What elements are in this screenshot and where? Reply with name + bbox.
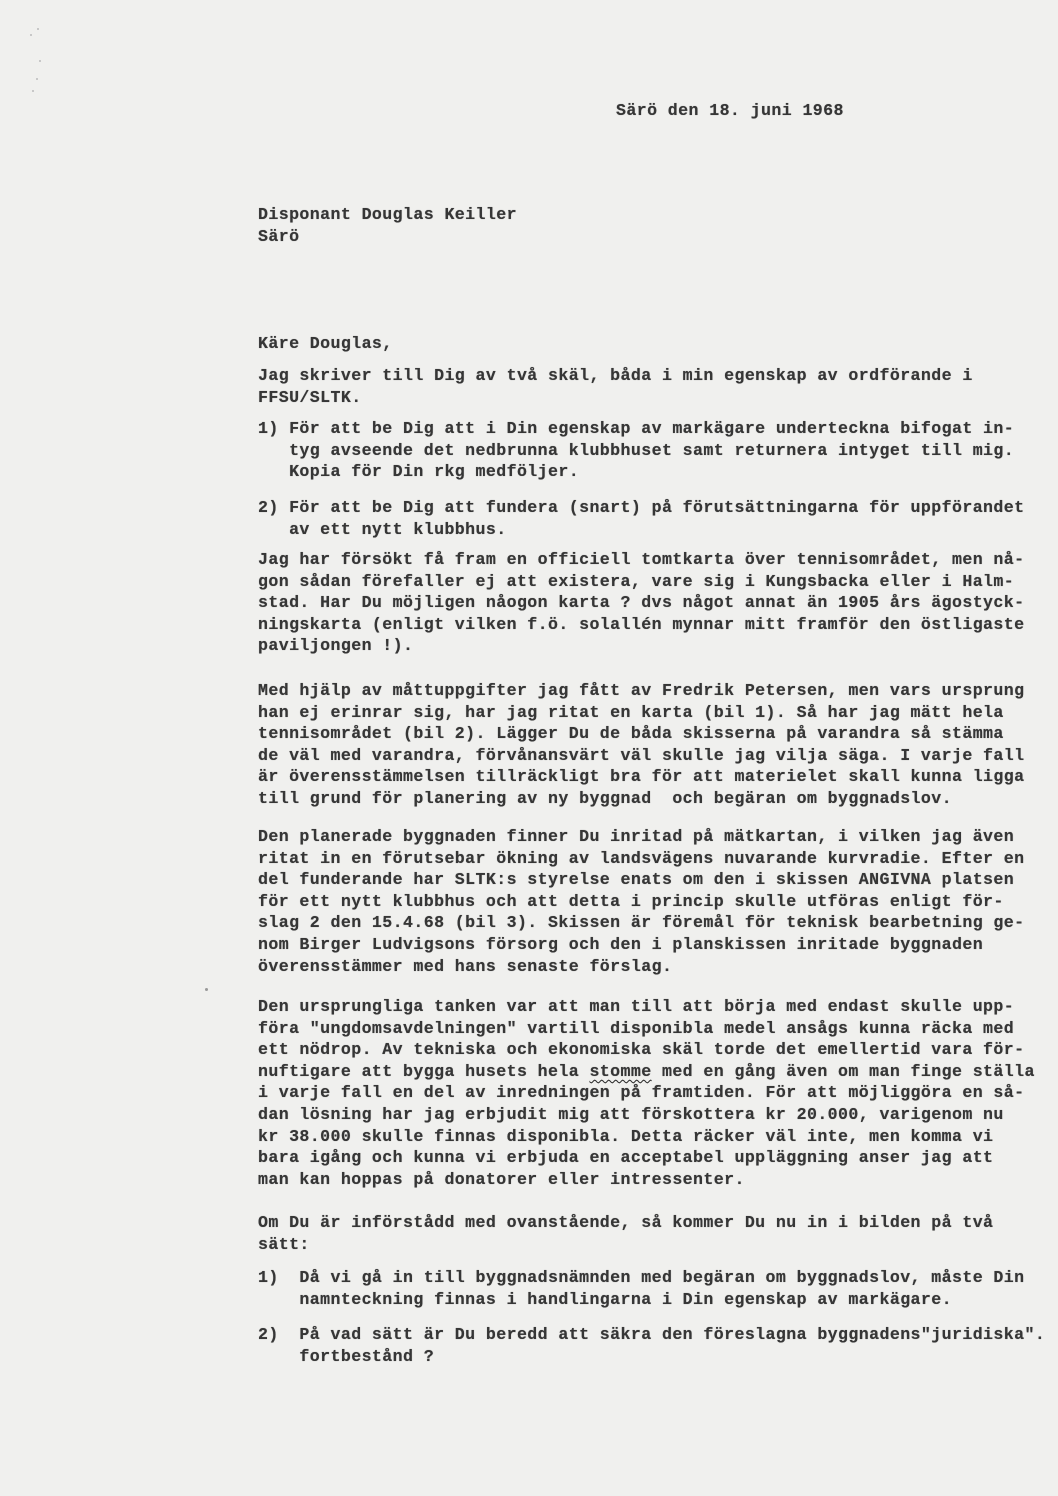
recipient-place: Särö <box>258 227 299 246</box>
paragraph-financing: Den ursprungliga tanken var att man till… <box>258 996 1035 1190</box>
involvement-point-1: 1) Då vi gå in till byggnadsnämnden med … <box>258 1267 1024 1310</box>
reason-2: 2) För att be Dig att fundera (snart) på… <box>258 497 1024 540</box>
salutation: Käre Douglas, <box>258 333 393 355</box>
paragraph-planned-building: Den planerade byggnaden finner Du inrita… <box>258 826 1024 977</box>
intro-paragraph: Jag skriver till Dig av två skäl, båda i… <box>258 365 973 408</box>
paper-specks <box>25 20 45 100</box>
letter-page: Särö den 18. juni 1968 Disponant Douglas… <box>0 0 1058 1496</box>
paragraph-measurements: Med hjälp av måttuppgifter jag fått av F… <box>258 680 1024 810</box>
paragraph-involvement: Om Du är införstådd med ovanstående, så … <box>258 1212 993 1255</box>
recipient-name: Disponant Douglas Keiller <box>258 205 517 224</box>
reason-1: 1) För att be Dig att i Din egenskap av … <box>258 418 1014 483</box>
paragraph-map-search: Jag har försökt få fram en officiell tom… <box>258 549 1024 657</box>
involvement-point-2: 2) På vad sätt är Du beredd att säkra de… <box>258 1324 1045 1367</box>
date-line: Särö den 18. juni 1968 <box>616 100 844 122</box>
recipient-block: Disponant Douglas Keiller Särö <box>258 204 517 247</box>
underlined-word: stomme <box>589 1062 651 1081</box>
paper-speck <box>205 988 208 991</box>
